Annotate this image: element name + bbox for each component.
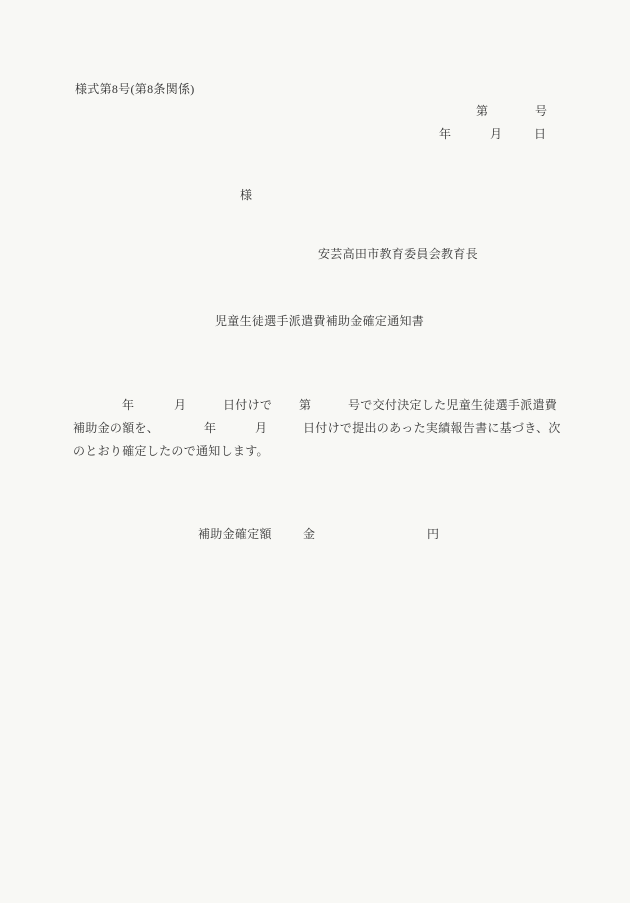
amount-currency-prefix: 金: [303, 527, 315, 541]
doc-number-prefix: 第: [476, 104, 488, 118]
date-day-label: 日: [534, 127, 546, 141]
body-line2-year: 年: [204, 421, 216, 435]
body-line1-date-suffix: 日付けで: [223, 398, 272, 412]
doc-number-suffix: 号: [535, 104, 547, 118]
body-line1-year: 年: [122, 398, 134, 412]
body-line1-dai: 第: [299, 398, 311, 412]
date-month-label: 月: [490, 127, 502, 141]
body-line2-lead: 補助金の額を、: [73, 421, 159, 435]
addressee-honorific: 様: [240, 188, 252, 202]
body-line3: のとおり確定したので通知します。: [73, 444, 269, 458]
body-line2-month: 月: [255, 421, 267, 435]
body-line2-rest: 日付けで提出のあった実績報告書に基づき、次: [303, 421, 561, 435]
document-title: 児童生徒選手派遣費補助金確定通知書: [215, 314, 424, 328]
date-year-label: 年: [439, 127, 451, 141]
amount-label: 補助金確定額: [198, 527, 272, 541]
body-line1-month: 月: [174, 398, 186, 412]
document-page: 様式第8号(第8条関係) 第 号 年 月 日 様 安芸高田市教育委員会教育長 児…: [0, 0, 630, 903]
body-line1-rest: 号で交付決定した児童生徒選手派遣費: [348, 398, 557, 412]
sender-name: 安芸高田市教育委員会教育長: [318, 247, 478, 261]
form-number: 様式第8号(第8条関係): [75, 82, 195, 96]
amount-unit: 円: [427, 527, 439, 541]
